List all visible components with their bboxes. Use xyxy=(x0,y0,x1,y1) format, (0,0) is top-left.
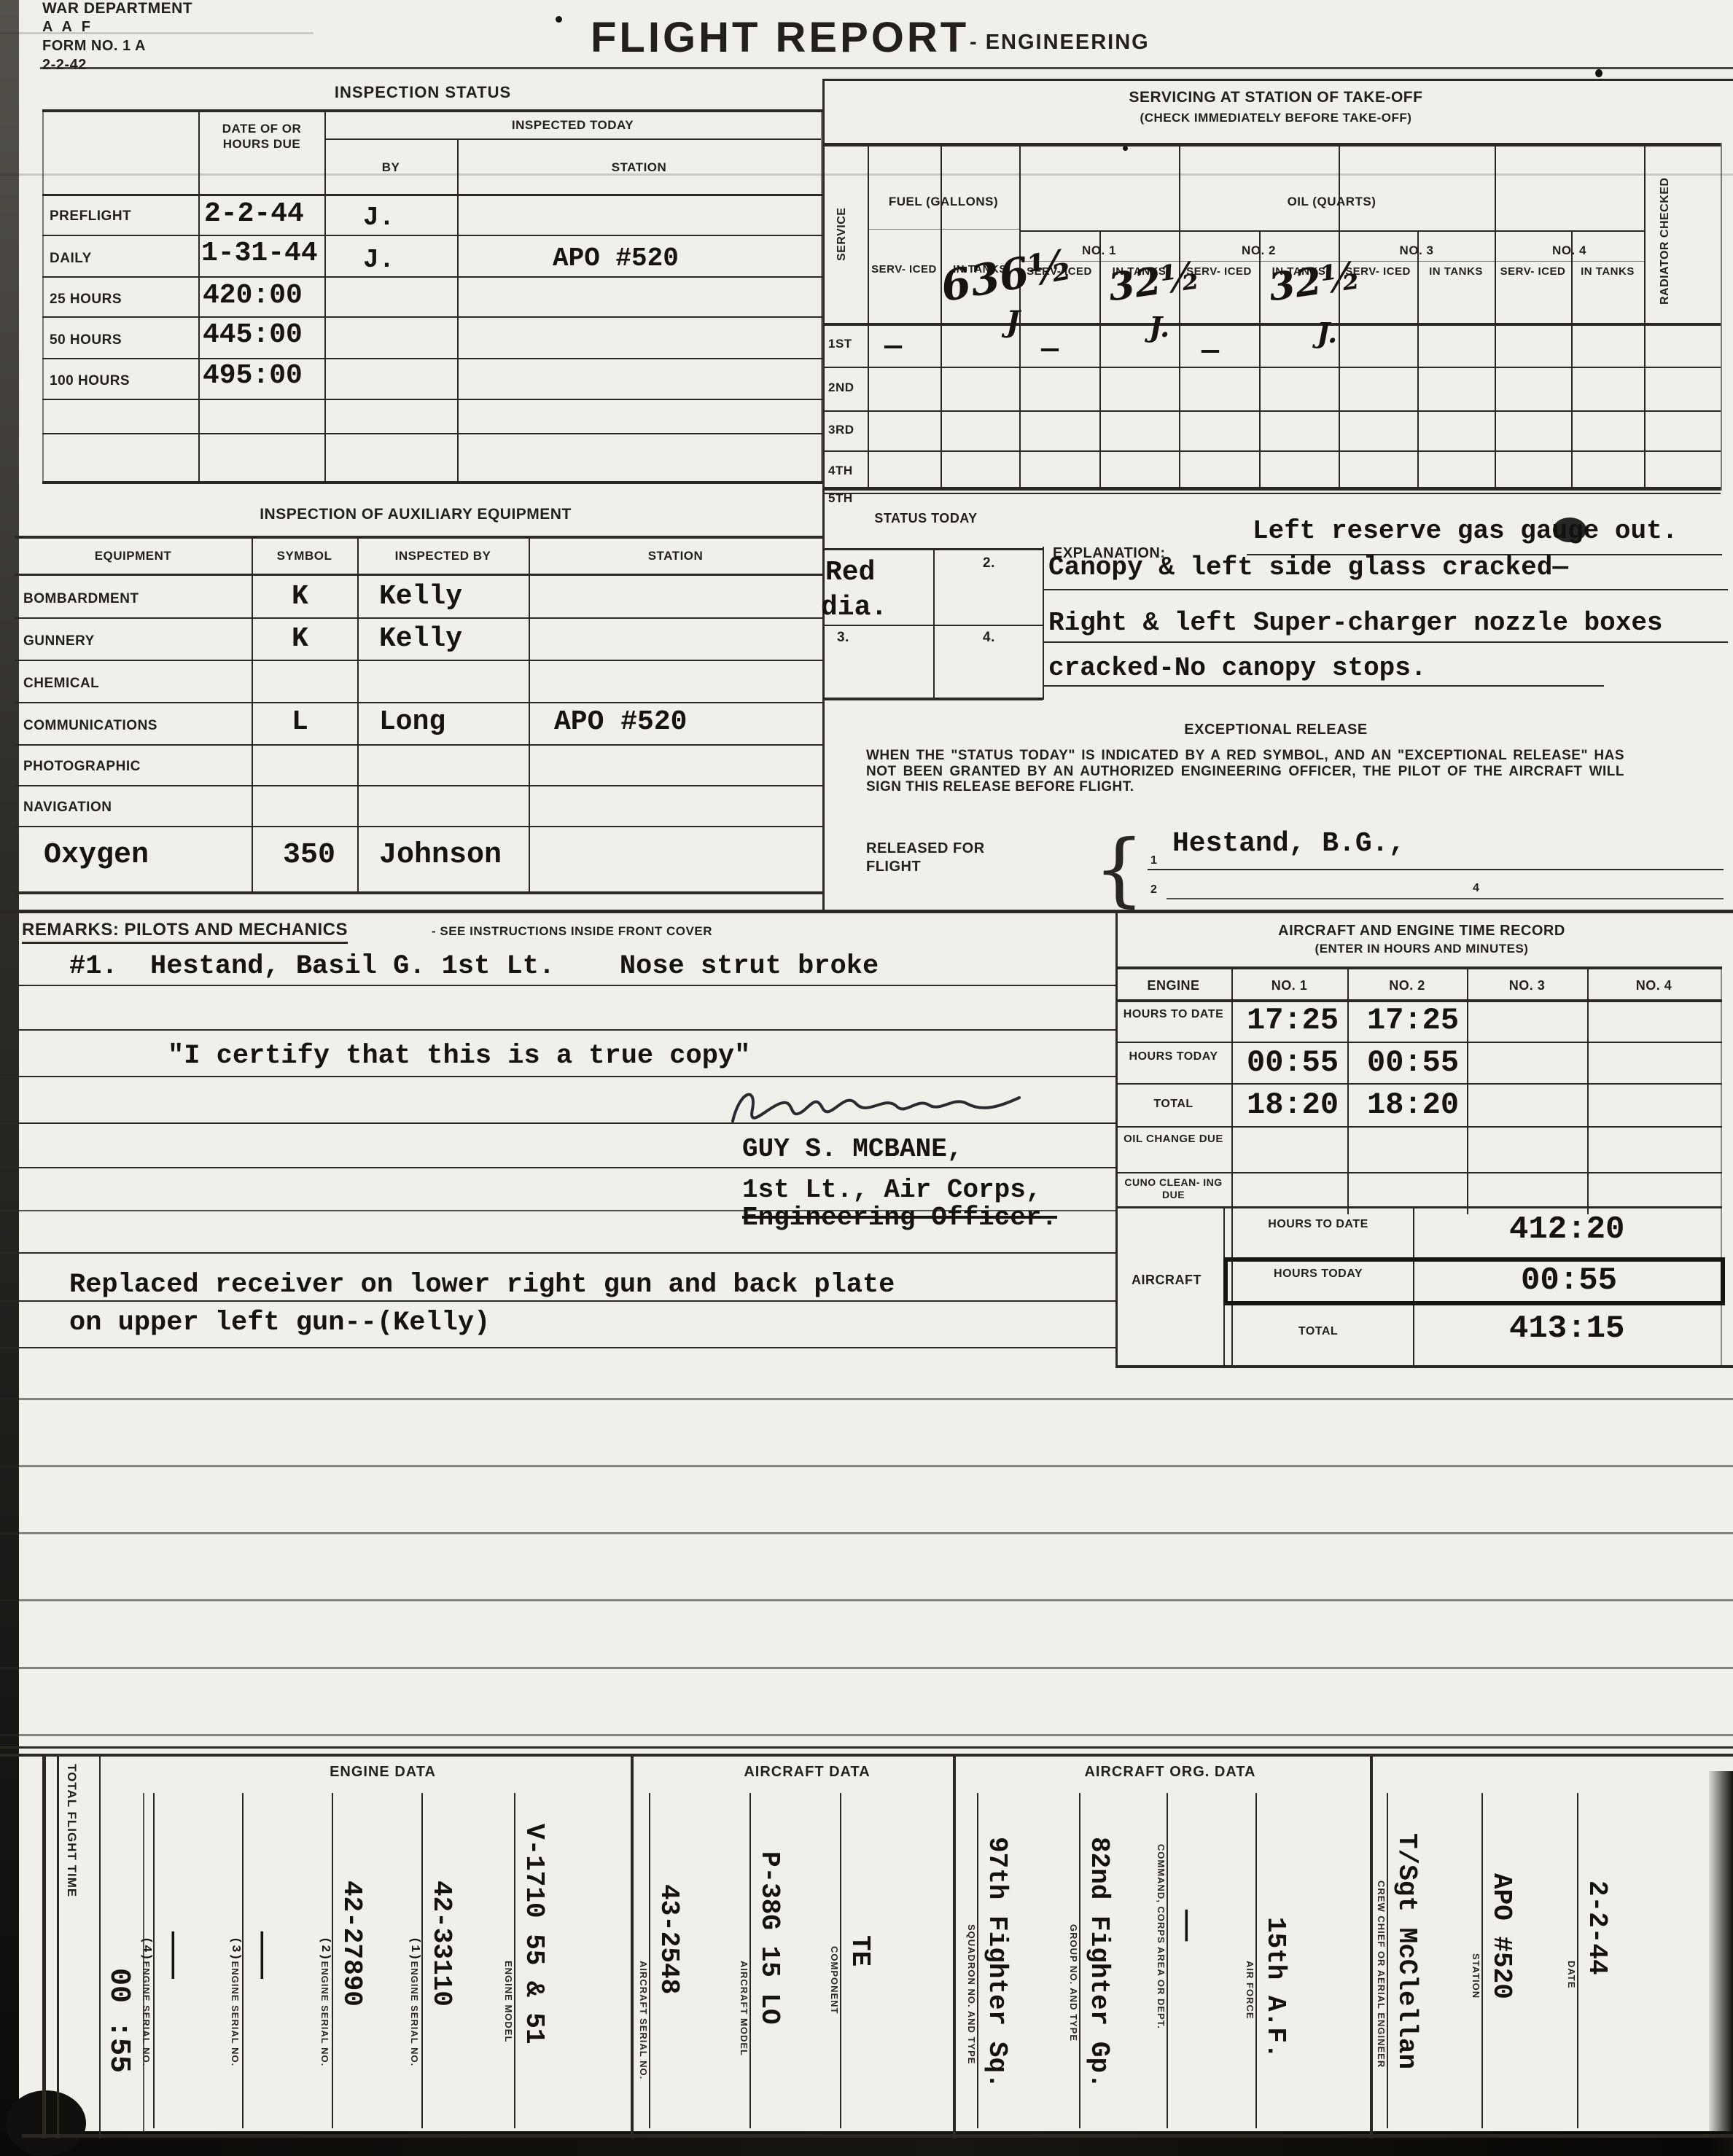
aux-oxygen-by: Johnson xyxy=(379,839,502,872)
total-flight-time-label: TOTAL FLIGHT TIME xyxy=(64,1764,79,1983)
field-label: ENGINE SERIAL NO. xyxy=(319,1961,330,2067)
field-aircraft-model: AIRCRAFT MODEL P-38G 15 LO xyxy=(736,1793,784,2132)
form-number: FORM NO. 1 A xyxy=(42,38,146,55)
aux-col-equipment: EQUIPMENT xyxy=(15,549,252,563)
time-record-subtitle: (ENTER IN HOURS AND MINUTES) xyxy=(1145,942,1699,956)
field-engine-serial-2: (2)ENGINE SERIAL NO. 42-27890 xyxy=(319,1793,367,2132)
remarks-title: REMARKS: PILOTS AND MECHANICS xyxy=(22,920,348,944)
explanation-line3: Right & left Super-charger nozzle boxes xyxy=(1048,608,1663,638)
eng1-hours-today: 00:55 xyxy=(1247,1045,1339,1080)
field-label: AIR FORCE xyxy=(1245,1961,1255,2020)
field-value: V-1710 55 & 51 xyxy=(515,1793,549,2132)
form-revision-date: 2-2-42 xyxy=(42,57,87,74)
aux-row-photographic: PHOTOGRAPHIC xyxy=(23,759,141,775)
total-flight-time-value: 00 :55 xyxy=(102,1968,135,2073)
signer-name: GUY S. MCBANE, xyxy=(742,1134,962,1164)
hours-25-due: 420:00 xyxy=(203,280,303,311)
aux-gunnery-by: Kelly xyxy=(379,623,462,655)
remarks-note-line2: on upper left gun--(Kelly) xyxy=(69,1308,490,1338)
remarks-line1: #1. Hestand, Basil G. 1st Lt. Nose strut… xyxy=(69,951,879,982)
field-value: P-38G 15 LO xyxy=(751,1793,784,2132)
field-value: ——— xyxy=(155,1793,188,2132)
field-label: COMMAND, CORPS AREA OR DEPT. xyxy=(1156,1844,1167,2029)
aux-bombardment-symbol: K xyxy=(292,581,308,612)
field-label: ENGINE SERIAL NO. xyxy=(409,1961,420,2067)
oil-no2-header: NO. 2 xyxy=(1179,243,1339,258)
col-station-header: STATION xyxy=(457,160,821,175)
servicing-table: SERVICE FUEL (GALLONS) OIL (QUARTS) NO. … xyxy=(822,143,1733,491)
signer-title-struck: Engineering Officer. xyxy=(742,1203,1057,1233)
field-number: (4) xyxy=(139,1928,153,1961)
agency-name: WAR DEPARTMENT xyxy=(42,0,192,17)
row-25h: 25 HOURS xyxy=(50,292,122,308)
aux-row-bombardment: BOMBARDMENT xyxy=(23,591,139,607)
field-value: 42-33110 xyxy=(423,1793,456,2132)
no1-intanks-initial: J. xyxy=(1149,310,1169,343)
oil-no3-header: NO. 3 xyxy=(1339,243,1495,258)
field-number: (1) xyxy=(408,1928,421,1961)
signature xyxy=(722,1077,1028,1136)
field-label: CREW CHIEF OR AERIAL ENGINEER xyxy=(1376,1880,1387,2068)
field-value: APO #520 xyxy=(1483,1793,1516,2132)
flight-report-scan: WAR DEPARTMENT A A F FORM NO. 1 A 2-2-42… xyxy=(0,0,1733,2156)
remarks-note-line1: Replaced receiver on lower right gun and… xyxy=(69,1270,895,1300)
radiator-col-header: RADIATOR CHECKED xyxy=(1658,157,1672,325)
field-label: ENGINE MODEL xyxy=(503,1961,514,2042)
fuel-serviced-entry: — xyxy=(884,331,902,364)
no4-serviced-header: SERV- ICED xyxy=(1496,265,1570,278)
field-engine-serial-3: (3)ENGINE SERIAL NO. ——— xyxy=(229,1793,277,2132)
no3-intanks-header: IN TANKS xyxy=(1419,265,1493,278)
inspection-status-title: INSPECTION STATUS xyxy=(190,83,656,102)
daily-by: J. xyxy=(363,245,394,275)
field-component: COMPONENT TE xyxy=(827,1793,875,2132)
row-hours-to-date-label: HOURS TO DATE xyxy=(1115,1007,1231,1021)
page-title: FLIGHT REPORT xyxy=(591,13,969,62)
field-value: ——— xyxy=(244,1793,277,2132)
aircraft-data-header: AIRCRAFT DATA xyxy=(656,1764,958,1781)
service-row-3: 3RD xyxy=(828,423,854,437)
row-cuno-label: CUNO CLEAN- ING DUE xyxy=(1115,1176,1231,1201)
explanation-line1: Left reserve gas gauge out. xyxy=(1253,516,1678,546)
field-value: 15th A.F. xyxy=(1257,1793,1290,2132)
row-total-label: TOTAL xyxy=(1115,1098,1231,1111)
eng2-hours-today: 00:55 xyxy=(1367,1045,1459,1080)
aux-row-chemical: CHEMICAL xyxy=(23,676,99,692)
field-aircraft-serial: AIRCRAFT SERIAL NO. 43-2548 xyxy=(636,1793,684,2132)
status-cell3: 3. xyxy=(837,630,849,646)
row-daily: DAILY xyxy=(50,251,92,267)
remarks-certify: "I certify that this is a true copy" xyxy=(168,1041,750,1071)
group-divider xyxy=(953,1757,956,2139)
time-record-title: AIRCRAFT AND ENGINE TIME RECORD xyxy=(1145,923,1699,940)
field-air-force: AIR FORCE 15th A.F. xyxy=(1242,1793,1290,2132)
oil-no4-header: NO. 4 xyxy=(1495,243,1644,258)
field-label: STATION xyxy=(1471,1953,1481,1999)
no4-intanks-header: IN TANKS xyxy=(1573,265,1643,278)
field-value: —— xyxy=(1168,1793,1202,2132)
group-divider xyxy=(631,1757,634,2139)
agency-branch: A A F xyxy=(42,19,93,36)
service-row-5: 5TH xyxy=(828,491,853,506)
field-label: DATE xyxy=(1566,1961,1577,1988)
release-slot4-number: 4 xyxy=(1473,882,1479,895)
service-row-1: 1ST xyxy=(828,337,852,351)
aircraft-total: 413:15 xyxy=(1509,1311,1624,1347)
ink-speck xyxy=(556,16,562,23)
field-number: (2) xyxy=(318,1928,332,1961)
explanation-block: EXPLANATION: Left reserve gas gauge out.… xyxy=(1043,510,1733,700)
aux-row-oxygen: Oxygen xyxy=(44,839,149,872)
aux-table: EQUIPMENT SYMBOL INSPECTED BY STATION BO… xyxy=(15,536,822,894)
brace: { xyxy=(1094,822,1145,915)
explanation-line4: cracked-No canopy stops. xyxy=(1048,653,1426,683)
engine-data-header: ENGINE DATA xyxy=(219,1764,547,1781)
scan-right-edge xyxy=(1709,1771,1733,2156)
eng1-hours-to-date: 17:25 xyxy=(1247,1003,1339,1038)
field-label: AIRCRAFT MODEL xyxy=(739,1961,749,2056)
bottom-block-top-rule2 xyxy=(0,1754,1733,1757)
field-value: 42-27890 xyxy=(333,1793,367,2132)
aircraft-ht-label: HOURS TODAY xyxy=(1223,1267,1413,1281)
field-label: ENGINE SERIAL NO. xyxy=(141,1961,152,2067)
row-preflight: PREFLIGHT xyxy=(50,208,131,224)
field-value: 43-2548 xyxy=(650,1793,684,2132)
aux-communications-by: Long xyxy=(379,706,445,738)
engine-no4-header: NO. 4 xyxy=(1587,978,1721,993)
engine-no2-header: NO. 2 xyxy=(1347,978,1467,993)
field-squadron: SQUADRON NO. AND TYPE 97th Fighter Sq. xyxy=(964,1793,1012,2132)
explanation-line2: Canopy & left side glass cracked— xyxy=(1048,552,1568,582)
status-today-label: STATUS TODAY xyxy=(838,510,1013,526)
page-subtitle: - ENGINEERING xyxy=(970,31,1150,55)
oil-header: OIL (QUARTS) xyxy=(1019,194,1644,209)
daily-date: 1-31-44 xyxy=(201,238,318,269)
col-by-header: BY xyxy=(324,160,457,175)
exceptional-release-block: EXCEPTIONAL RELEASE WHEN THE "STATUS TOD… xyxy=(824,700,1733,910)
preflight-by: J. xyxy=(363,203,394,233)
released-for-flight-label: RELEASED FOR FLIGHT xyxy=(866,840,1041,876)
service-row-4: 4TH xyxy=(828,464,853,478)
remarks-title-note: - SEE INSTRUCTIONS INSIDE FRONT COVER xyxy=(432,924,712,939)
field-number: (3) xyxy=(228,1928,242,1961)
engine-no3-header: NO. 3 xyxy=(1467,978,1587,993)
aux-row-navigation: NAVIGATION xyxy=(23,800,112,816)
field-command: COMMAND, CORPS AREA OR DEPT. —— xyxy=(1153,1793,1202,2132)
aircraft-org-data-header: AIRCRAFT ORG. DATA xyxy=(970,1764,1371,1781)
col-inspected-header: INSPECTED TODAY xyxy=(324,118,821,133)
status-today-box: Red dia. 2. 3. 4. xyxy=(824,548,1043,700)
engine-col-header: ENGINE xyxy=(1115,978,1231,993)
status-cell4: 4. xyxy=(983,630,995,646)
aircraft-htd-label: HOURS TO DATE xyxy=(1223,1217,1413,1231)
aux-row-gunnery: GUNNERY xyxy=(23,633,95,649)
daily-station: APO #520 xyxy=(553,243,679,273)
field-label: ENGINE SERIAL NO. xyxy=(230,1961,241,2067)
field-label: SQUADRON NO. AND TYPE xyxy=(966,1924,977,2064)
aux-communications-symbol: L xyxy=(292,706,308,738)
field-group: GROUP NO. AND TYPE 82nd Fighter Gp. xyxy=(1066,1793,1114,2132)
rule xyxy=(822,79,1733,81)
bottom-block-bottom-rule xyxy=(22,2134,1733,2138)
release-body: WHEN THE "STATUS TODAY" IS INDICATED BY … xyxy=(866,748,1624,795)
field-value: 97th Fighter Sq. xyxy=(978,1793,1012,2132)
no2-serviced-entry: — xyxy=(1202,335,1219,368)
aircraft-hours-to-date: 412:20 xyxy=(1509,1211,1624,1248)
servicing-title: SERVICING AT STATION OF TAKE-OFF xyxy=(911,89,1640,106)
aux-communications-station: APO #520 xyxy=(554,706,687,738)
status-cell2: 2. xyxy=(983,555,995,571)
time-record-table: AIRCRAFT AND ENGINE TIME RECORD (ENTER I… xyxy=(1115,917,1733,1369)
aux-gunnery-symbol: K xyxy=(292,623,308,655)
fuel-intanks-entry: 636½ xyxy=(937,240,1076,311)
status-entry-line1: Red xyxy=(825,557,875,588)
signer-rank: 1st Lt., Air Corps, xyxy=(742,1175,1041,1205)
row-hours-today-label: HOURS TODAY xyxy=(1115,1050,1231,1063)
eng1-total: 18:20 xyxy=(1247,1087,1339,1122)
aux-col-by: INSPECTED BY xyxy=(357,549,529,563)
scan-corner-blob xyxy=(6,2090,86,2156)
release-slot2-number: 2 xyxy=(1150,883,1157,897)
ink-speck xyxy=(1595,69,1602,77)
fuel-serviced-header: SERV- ICED xyxy=(869,263,939,276)
release-signature-1: Hestand, B.G., xyxy=(1172,828,1405,859)
hours-50-due: 445:00 xyxy=(203,319,303,351)
eng2-total: 18:20 xyxy=(1367,1087,1459,1122)
field-value: 82nd Fighter Gp. xyxy=(1080,1793,1114,2132)
aircraft-label: AIRCRAFT xyxy=(1132,1273,1202,1288)
no1-serviced-entry: — xyxy=(1041,334,1059,367)
eng2-hours-to-date: 17:25 xyxy=(1367,1003,1459,1038)
aux-row-communications: COMMUNICATIONS xyxy=(23,718,157,734)
scan-left-edge xyxy=(0,0,19,2156)
field-date: DATE 2-2-44 xyxy=(1564,1793,1612,2132)
no1-intanks-entry: 32½ xyxy=(1105,253,1203,310)
field-label: AIRCRAFT SERIAL NO. xyxy=(638,1961,649,2079)
servicing-subtitle: (CHECK IMMEDIATELY BEFORE TAKE-OFF) xyxy=(911,111,1640,125)
aux-bombardment-by: Kelly xyxy=(379,581,462,612)
release-slot1-number: 1 xyxy=(1150,854,1157,867)
field-engine-model: ENGINE MODEL V-1710 55 & 51 xyxy=(501,1793,549,2132)
field-value: 2-2-44 xyxy=(1578,1793,1612,2132)
rule xyxy=(40,67,1733,69)
ink-blot xyxy=(1553,517,1586,542)
aircraft-total-label: TOTAL xyxy=(1223,1325,1413,1338)
row-100h: 100 HOURS xyxy=(50,373,130,389)
remarks-divider xyxy=(0,910,1733,913)
aux-col-station: STATION xyxy=(529,549,822,563)
field-value: T/Sgt McClellan xyxy=(1388,1793,1422,2132)
status-entry-line2: dia. xyxy=(821,592,887,623)
field-station: STATION APO #520 xyxy=(1468,1793,1516,2132)
no2-intanks-entry: 32½ xyxy=(1266,253,1363,310)
release-title: EXCEPTIONAL RELEASE xyxy=(911,722,1640,738)
row-50h: 50 HOURS xyxy=(50,332,122,348)
aux-col-symbol: SYMBOL xyxy=(252,549,357,563)
field-engine-serial-4: (4)ENGINE SERIAL NO. ——— xyxy=(140,1793,188,2132)
service-col-header: SERVICE xyxy=(836,183,849,285)
service-row-2: 2ND xyxy=(828,380,854,395)
preflight-date: 2-2-44 xyxy=(204,198,304,230)
row-oil-change-label: OIL CHANGE DUE xyxy=(1115,1133,1231,1146)
fuel-header: FUEL (GALLONS) xyxy=(868,194,1019,209)
aux-oxygen-symbol: 350 xyxy=(283,839,335,872)
inspection-status-table: DATE OF OR HOURS DUE INSPECTED TODAY BY … xyxy=(42,109,822,483)
hours-100-due: 495:00 xyxy=(203,360,303,391)
fuel-intanks-initial: J xyxy=(1006,305,1020,339)
aux-title: INSPECTION OF AUXILIARY EQUIPMENT xyxy=(87,506,744,523)
field-engine-serial-1: (1)ENGINE SERIAL NO. 42-33110 xyxy=(408,1793,456,2132)
group-divider xyxy=(1370,1757,1373,2139)
field-label: COMPONENT xyxy=(829,1946,840,2015)
aircraft-hours-today: 00:55 xyxy=(1521,1262,1617,1299)
field-value: TE xyxy=(841,1793,875,2132)
no2-intanks-initial: J. xyxy=(1317,316,1337,349)
bottom-block-top-rule xyxy=(0,1746,1733,1749)
col-date-header: DATE OF OR HOURS DUE xyxy=(202,121,322,152)
field-label: GROUP NO. AND TYPE xyxy=(1068,1924,1079,2042)
field-crew-chief: CREW CHIEF OR AERIAL ENGINEER T/Sgt McCl… xyxy=(1374,1793,1422,2132)
aircraft-hours-today-box xyxy=(1223,1257,1725,1305)
engine-no1-header: NO. 1 xyxy=(1231,978,1347,993)
